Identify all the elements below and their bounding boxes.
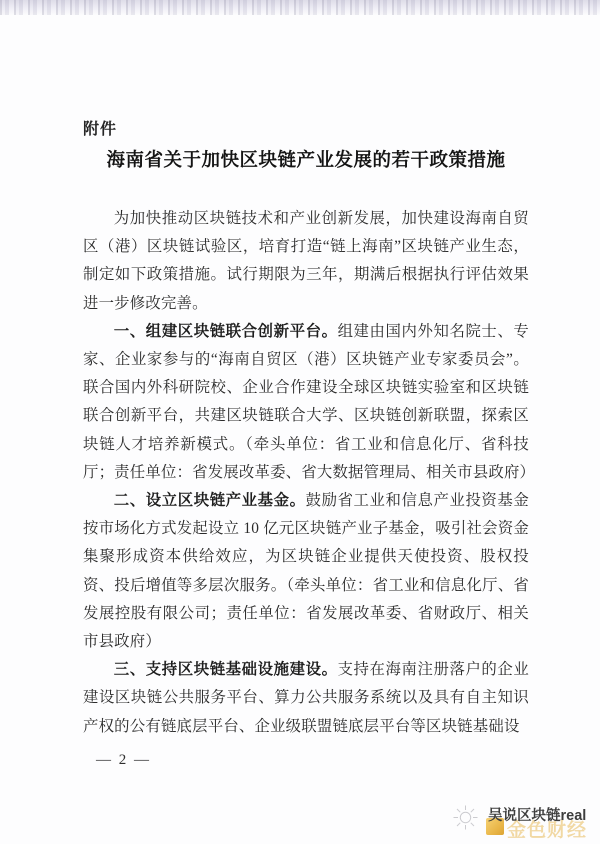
watermark-primary-text: 吴说区块链real <box>488 804 586 825</box>
paragraph-item-2-heading: 二、设立区块链产业基金。 <box>114 492 306 509</box>
paragraph-item-2: 二、设立区块链产业基金。鼓励省工业和信息产业投资基金按市场化方式发起设立 10 … <box>83 487 529 656</box>
paragraph-intro-text: 为加快推动区块链技术和产业创新发展，加快建设海南自贸区（港）区块链试验区，培育打… <box>83 210 529 312</box>
paragraph-item-1-text: 组建由国内外知名院士、专家、企业家参与的“海南自贸区（港）区块链产业专家委员会”… <box>83 323 535 481</box>
wushuo-burst-logo-icon <box>452 804 479 831</box>
watermark: 吴说区块链real 金色财经 <box>450 800 598 842</box>
attachment-label: 附件 <box>83 116 529 139</box>
page-number: — 2 — <box>96 752 151 769</box>
document-page: 附件 海南省关于加快区块链产业发展的若干政策措施 为加快推动区块链技术和产业创新… <box>0 0 600 844</box>
paragraph-item-3-heading: 三、支持区块链基础设施建设。 <box>114 661 338 678</box>
document-title: 海南省关于加快区块链产业发展的若干政策措施 <box>83 148 529 174</box>
paragraph-item-2-text: 鼓励省工业和信息产业投资基金按市场化方式发起设立 10 亿元区块链产业子基金，吸… <box>83 492 529 650</box>
paragraph-item-1: 一、组建区块链联合创新平台。组建由国内外知名院士、专家、企业家参与的“海南自贸区… <box>83 318 529 487</box>
document-content: 附件 海南省关于加快区块链产业发展的若干政策措施 为加快推动区块链技术和产业创新… <box>83 116 529 741</box>
paragraph-item-1-heading: 一、组建区块链联合创新平台。 <box>114 323 338 340</box>
document-body: 为加快推动区块链技术和产业创新发展，加快建设海南自贸区（港）区块链试验区，培育打… <box>83 205 529 741</box>
paragraph-item-3: 三、支持区块链基础设施建设。支持在海南注册落户的企业建设区块链公共服务平台、算力… <box>83 656 529 741</box>
paragraph-intro: 为加快推动区块链技术和产业创新发展，加快建设海南自贸区（港）区块链试验区，培育打… <box>83 205 529 318</box>
scan-noise-band <box>0 0 600 15</box>
